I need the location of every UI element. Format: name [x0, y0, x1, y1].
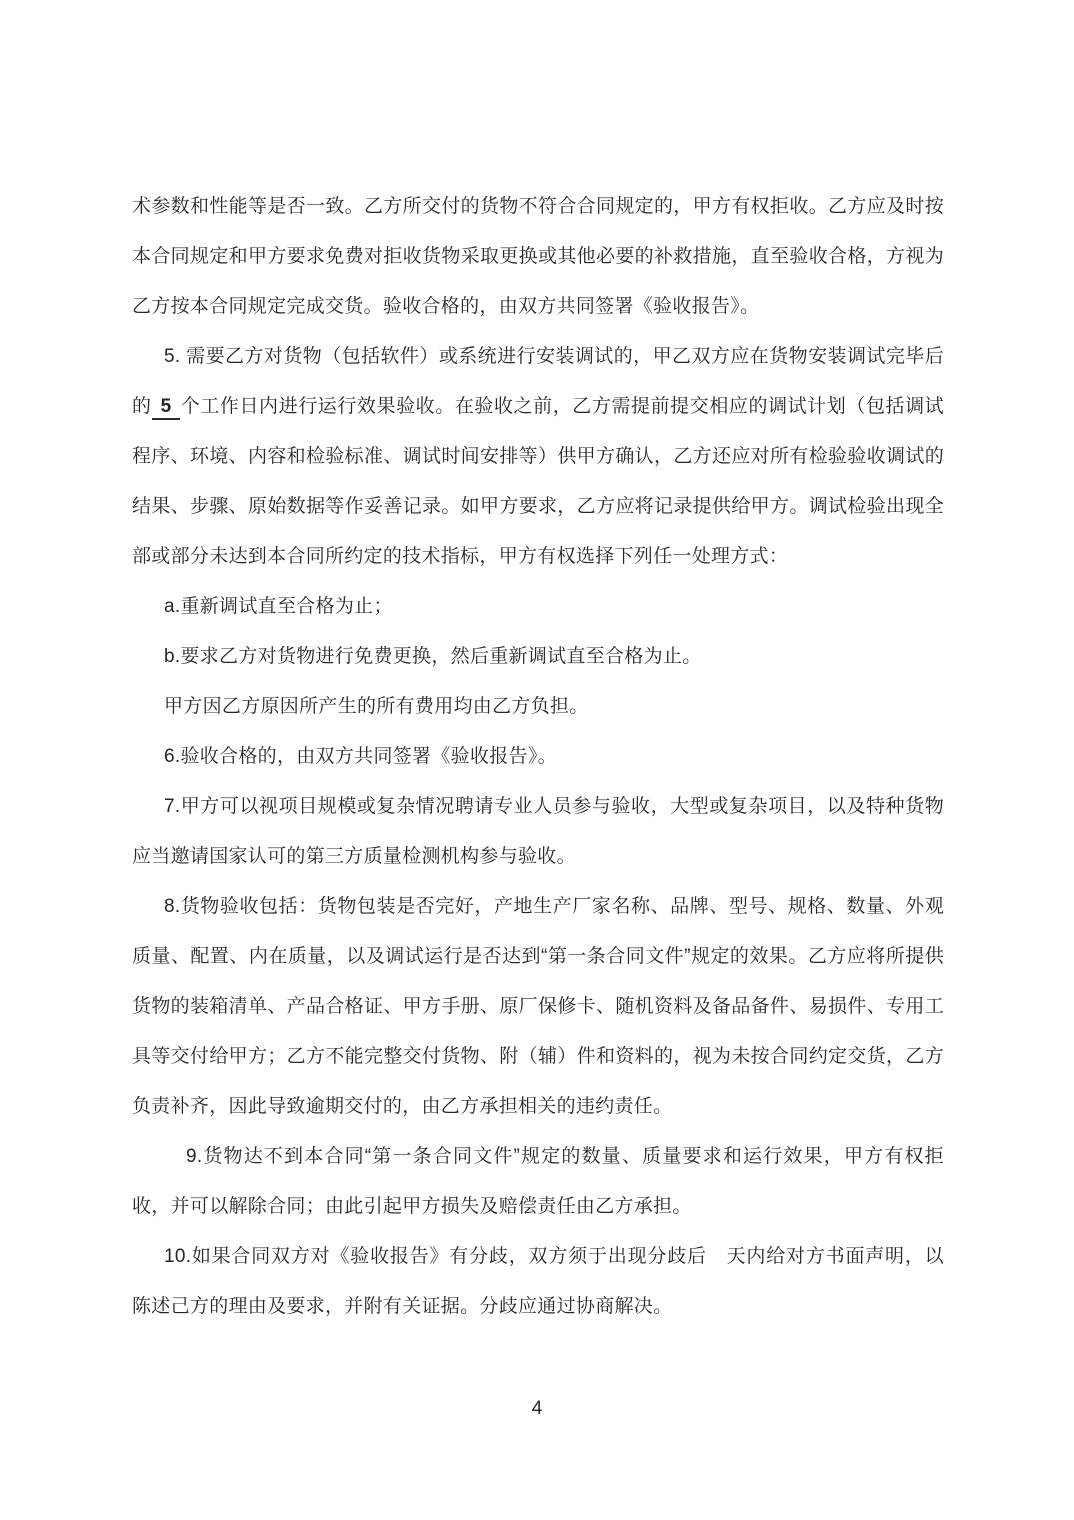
paragraph-option-a: a.重新调试直至合格为止； [132, 582, 944, 632]
paragraph-item-6: 6.验收合格的，由双方共同签署《验收报告》。 [132, 732, 944, 782]
page-number: 4 [532, 1398, 543, 1419]
paragraph-item-7: 7.甲方可以视项目规模或复杂情况聘请专业人员参与验收，大型或复杂项目，以及特种货… [132, 782, 944, 882]
paragraph-item-9: 9.货物达不到本合同“第一条合同文件”规定的数量、质量要求和运行效果，甲方有权拒… [132, 1132, 944, 1232]
paragraph-option-b: b.要求乙方对货物进行免费更换，然后重新调试直至合格为止。 [132, 632, 944, 682]
paragraph-item-8: 8.货物验收包括：货物包装是否完好，产地生产厂家名称、品牌、型号、规格、数量、外… [132, 882, 944, 1132]
fill-in-blank-days: 5 [152, 396, 181, 420]
paragraph-cost-burden: 甲方因乙方原因所产生的所有费用均由乙方负担。 [132, 682, 944, 732]
contract-body: 术参数和性能等是否一致。乙方所交付的货物不符合合同规定的，甲方有权拒收。乙方应及… [132, 182, 944, 1332]
item-10-text-before: 10.如果合同双方对《验收报告》有分歧，双方须于出现分歧后 [164, 1246, 707, 1267]
paragraph-continuation: 术参数和性能等是否一致。乙方所交付的货物不符合合同规定的，甲方有权拒收。乙方应及… [132, 182, 944, 332]
page-footer: 4 [0, 1398, 1074, 1420]
paragraph-item-10: 10.如果合同双方对《验收报告》有分歧，双方须于出现分歧后 天内给对方书面声明，… [132, 1232, 944, 1332]
paragraph-item-5: 5. 需要乙方对货物（包括软件）或系统进行安装调试的，甲乙双方应在货物安装调试完… [132, 332, 944, 582]
item-5-text-after: 个工作日内进行运行效果验收。在验收之前，乙方需提前提交相应的调试计划（包括调试程… [132, 396, 944, 567]
document-page: 术参数和性能等是否一致。乙方所交付的货物不符合合同规定的，甲方有权拒收。乙方应及… [0, 0, 1074, 1520]
fill-in-blank-dispute-days [707, 1246, 727, 1267]
